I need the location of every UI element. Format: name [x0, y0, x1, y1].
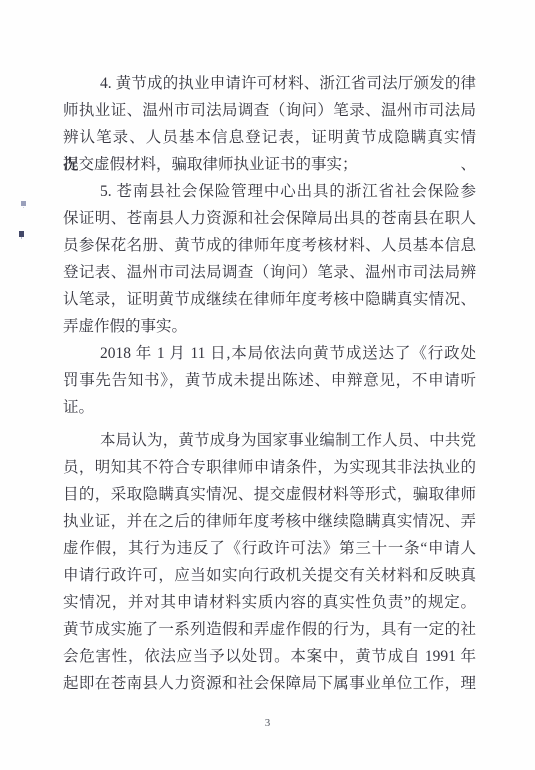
text-line: 员，明知其不符合专职律师申请条件，为实现其非法执业的: [63, 454, 476, 481]
paragraph: 2018 年 1 月 11 日,本局依法向黄节成送达了《行政处罚事先告知书》，黄…: [63, 340, 476, 421]
text-line: 起即在苍南县人力资源和社会保障局下属事业单位工作，理: [63, 670, 476, 697]
text-line: 罚事先告知书》，黄节成未提出陈述、申辩意见，不申请听: [63, 367, 476, 394]
scan-artifact-icon: [19, 231, 24, 237]
text-line: 黄节成实施了一系列造假和弄虚作假的行为，具有一定的社: [63, 616, 476, 643]
text-line: 申请行政许可，应当如实向行政机关提交有关材料和反映真: [63, 562, 476, 589]
text-line: 虚作假，其行为违反了《行政许可法》第三十一条“申请人: [63, 535, 476, 562]
text-line: 辨认笔录、人员基本信息登记表，证明黄节成隐瞒真实情况、: [63, 124, 476, 151]
text-line: 2018 年 1 月 11 日,本局依法向黄节成送达了《行政处: [63, 340, 476, 367]
text-line: 登记表、温州市司法局调查（询问）笔录、温州市司法局辨: [63, 259, 476, 286]
document-page: 4. 黄节成的执业申请许可材料、浙江省司法厅颁发的律师执业证、温州市司法局调查（…: [0, 0, 535, 770]
text-line: 实情况，并对其申请材料实质内容的真实性负责”的规定。: [63, 589, 476, 616]
text-line: 保证明、苍南县人力资源和社会保障局出具的苍南县在职人: [63, 205, 476, 232]
text-line: 证。: [63, 394, 476, 421]
text-line: 师执业证、温州市司法局调查（询问）笔录、温州市司法局: [63, 97, 476, 124]
text-line: 认笔录，证明黄节成继续在律师年度考核中隐瞒真实情况、: [63, 286, 476, 313]
paragraph: 5. 苍南县社会保险管理中心出具的浙江省社会保险参保证明、苍南县人力资源和社会保…: [63, 178, 476, 340]
text-line: 本局认为，黄节成身为国家事业编制工作人员、中共党: [63, 427, 476, 454]
paragraph: 本局认为，黄节成身为国家事业编制工作人员、中共党员，明知其不符合专职律师申请条件…: [63, 427, 476, 697]
text-line: 目的，采取隐瞒真实情况、提交虚假材料等形式，骗取律师: [63, 481, 476, 508]
page-number: 3: [0, 716, 535, 730]
text-line: 弄虚作假的事实。: [63, 313, 476, 340]
text-line: 执业证，并在之后的律师年度考核中继续隐瞒真实情况、弄: [63, 508, 476, 535]
document-body: 4. 黄节成的执业申请许可材料、浙江省司法厅颁发的律师执业证、温州市司法局调查（…: [63, 70, 476, 697]
scan-artifact-icon: [21, 201, 26, 206]
text-line: 会危害性，依法应当予以处罚。本案中，黄节成自 1991 年: [63, 643, 476, 670]
text-line: 员参保花名册、黄节成的律师年度考核材料、人员基本信息: [63, 232, 476, 259]
paragraph: 4. 黄节成的执业申请许可材料、浙江省司法厅颁发的律师执业证、温州市司法局调查（…: [63, 70, 476, 178]
text-line: 5. 苍南县社会保险管理中心出具的浙江省社会保险参: [63, 178, 476, 205]
text-line: 4. 黄节成的执业申请许可材料、浙江省司法厅颁发的律: [63, 70, 476, 97]
